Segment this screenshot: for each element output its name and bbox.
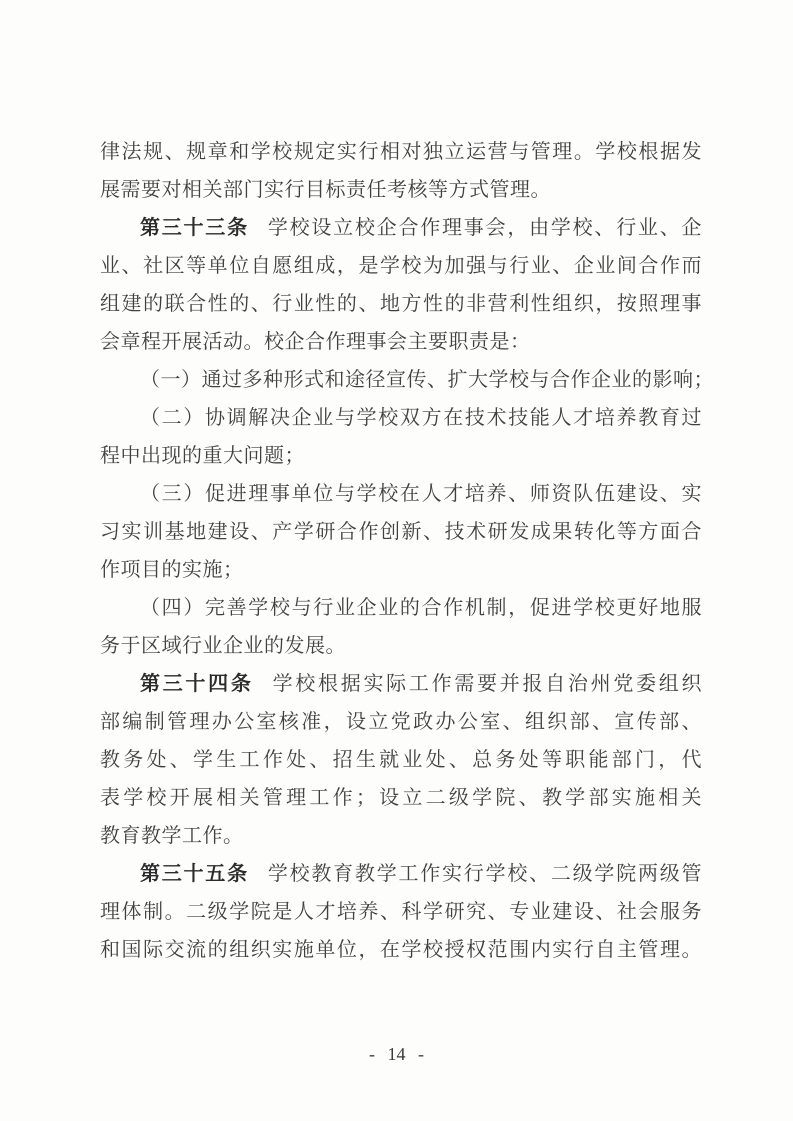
text-line: 组建的联合性的、行业性的、地方性的非营利性组织，按照理事: [100, 285, 702, 323]
text-line: 教务处、学生工作处、招生就业处、总务处等职能部门，代: [100, 741, 702, 779]
text-line: 教育教学工作。: [100, 817, 702, 855]
text-line: 习实训基地建设、产学研合作创新、技术研发成果转化等方面合: [100, 513, 702, 551]
article-text: 学校根据实际工作需要并报自治州党委组织: [273, 673, 702, 695]
text-line: 部编制管理办公室核准，设立党政办公室、组织部、宣传部、: [100, 703, 702, 741]
text-line: 作项目的实施；: [100, 551, 702, 589]
text-line: 律法规、规章和学校规定实行相对独立运营与管理。学校根据发: [100, 133, 702, 171]
text-line: （三）促进理事单位与学校在人才培养、师资队伍建设、实: [100, 475, 702, 513]
text-line: 会章程开展活动。校企合作理事会主要职责是：: [100, 323, 702, 361]
article-number: 第三十三条: [140, 217, 249, 239]
text-line: 第三十三条学校设立校企合作理事会，由学校、行业、企: [100, 209, 702, 247]
page-number: - 14 -: [369, 1044, 424, 1064]
text-line: （四）完善学校与行业企业的合作机制，促进学校更好地服: [100, 589, 702, 627]
text-line: 业、社区等单位自愿组成，是学校为加强与行业、企业间合作而: [100, 247, 702, 285]
text-line: 展需要对相关部门实行目标责任考核等方式管理。: [100, 171, 702, 209]
article-text: 学校设立校企合作理事会，由学校、行业、企: [268, 217, 702, 239]
text-line: 程中出现的重大问题；: [100, 437, 702, 475]
document-body: 律法规、规章和学校规定实行相对独立运营与管理。学校根据发展需要对相关部门实行目标…: [100, 133, 702, 969]
page-footer: - 14 -: [0, 1044, 793, 1065]
text-line: （二）协调解决企业与学校双方在技术技能人才培养教育过: [100, 399, 702, 437]
article-number: 第三十四条: [140, 673, 254, 695]
text-line: 第三十五条学校教育教学工作实行学校、二级学院两级管: [100, 855, 702, 893]
text-line: 理体制。二级学院是人才培养、科学研究、专业建设、社会服务: [100, 893, 702, 931]
text-line: 表学校开展相关管理工作；设立二级学院、教学部实施相关: [100, 779, 702, 817]
text-line: （一）通过多种形式和途径宣传、扩大学校与合作企业的影响；: [100, 361, 702, 399]
text-line: 务于区域行业企业的发展。: [100, 627, 702, 665]
article-text: 学校教育教学工作实行学校、二级学院两级管: [268, 863, 702, 885]
article-number: 第三十五条: [140, 863, 249, 885]
text-line: 和国际交流的组织实施单位，在学校授权范围内实行自主管理。: [100, 931, 702, 969]
text-line: 第三十四条学校根据实际工作需要并报自治州党委组织: [100, 665, 702, 703]
document-page: 律法规、规章和学校规定实行相对独立运营与管理。学校根据发展需要对相关部门实行目标…: [0, 0, 793, 1121]
